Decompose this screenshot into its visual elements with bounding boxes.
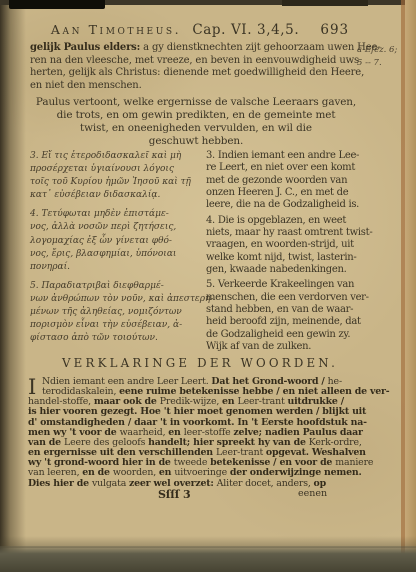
- intro-lines: ren na den vleesche, met vreeze, en beve…: [30, 55, 360, 93]
- margin-note-reference: a Efez. 6;5 -- 7.: [357, 44, 413, 69]
- signature-mark: Sſſſ 3: [158, 488, 190, 501]
- section-heading: VERKLARINGE DER WOORDEN.: [28, 356, 372, 370]
- header-page-number: 693: [320, 22, 349, 38]
- greek-verse-4: 4. Τετύφωται μηδὲν ἐπιστάμε-νος, ἀλλὰ νο…: [30, 208, 206, 273]
- dutch-translation-column: 3. Indien iemant een andre Lee-re Leert,…: [206, 150, 366, 354]
- drop-cap-initial: I: [28, 378, 36, 397]
- greek-verse-5: 5. Παραδιατριβαὶ διεφθαρμέ-νων ἀνθρώπων …: [30, 280, 206, 345]
- intro-first-line: gelijk Paulus elders: a gy dienstknechte…: [30, 42, 360, 55]
- intro-lead-blackletter: gelijk Paulus elders:: [30, 42, 140, 53]
- dutch-verse-5: 5. Verkeerde Krakeelingen vanmenschen, d…: [206, 279, 366, 353]
- intro-first-line-rest: a gy dienstknechten zijt gehoorzaam uwen…: [140, 42, 380, 53]
- footer-line: Sſſſ 3 eenen: [28, 488, 372, 502]
- book-page-scan: Aan Timotheus. Cap. VI. 3,4,5. 693 gelij…: [0, 0, 416, 572]
- running-header: Aan Timotheus. Cap. VI. 3,4,5. 693: [28, 19, 372, 38]
- greek-verse-3: 3. Εἴ τις ἑτεροδιδασκαλεῖ καὶ μὴπροσέρχε…: [30, 150, 206, 202]
- argument-summary: Paulus vertoont, welke ergernisse de val…: [30, 96, 362, 148]
- greek-text-column: 3. Εἴ τις ἑτεροδιδασκαλεῖ καὶ μὴπροσέρχε…: [30, 150, 206, 354]
- commentary-lines: Ndien iemant een andre Leer Leert. Dat h…: [28, 377, 376, 489]
- header-book-title: Aan Timotheus.: [51, 22, 181, 37]
- page-content: Aan Timotheus. Cap. VI. 3,4,5. 693 gelij…: [0, 0, 416, 572]
- dutch-verse-4: 4. Die is opgeblazen, en weetniets, maar…: [206, 215, 366, 277]
- intro-paragraph: gelijk Paulus elders: a gy dienstknechte…: [30, 42, 360, 93]
- commentary-paragraph: I Ndien iemant een andre Leer Leert. Dat…: [28, 377, 376, 489]
- dutch-verse-3: 3. Indien iemant een andre Lee-re Leert,…: [206, 150, 366, 212]
- verse-columns: 3. Εἴ τις ἑτεροδιδασκαλεῖ καὶ μὴπροσέρχε…: [30, 150, 372, 354]
- header-chapter: Cap. VI. 3,4,5.: [192, 22, 299, 38]
- catchword: eenen: [298, 488, 327, 499]
